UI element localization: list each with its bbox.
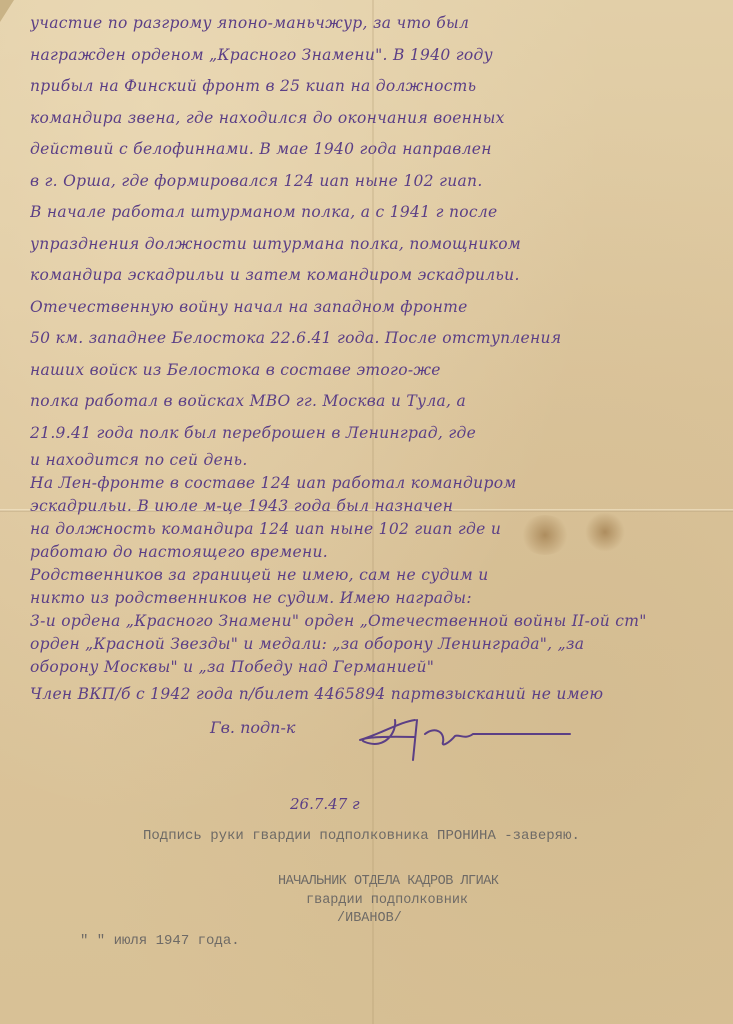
handwritten-line: наших войск из Белостока в составе этого…: [30, 355, 713, 387]
handwritten-line: работаю до настоящего времени.: [30, 541, 713, 564]
handwritten-line: действий с белофиннами. В мае 1940 года …: [30, 134, 713, 166]
handwritten-line: эскадрильи. В июле м-це 1943 года был на…: [30, 495, 713, 518]
handwritten-line: награжден орденом „Красного Знамени". В …: [30, 40, 713, 72]
handwritten-line: Член ВКП/б с 1942 года п/билет 4465894 п…: [30, 679, 713, 711]
handwritten-line: 21.9.41 года полк был переброшен в Ленин…: [30, 418, 713, 450]
chief-rank: гвардии подполковник: [306, 893, 468, 908]
handwritten-line: 50 км. западнее Белостока 22.6.41 года. …: [30, 323, 713, 355]
handwritten-line: Родственников за границей не имею, сам н…: [30, 564, 713, 587]
handwritten-line: на должность командира 124 иап ныне 102 …: [30, 518, 713, 541]
torn-corner: [0, 0, 14, 22]
handwritten-line: командира звена, где находился до оконча…: [30, 103, 713, 135]
chief-name: /ИВАНОВ/: [337, 911, 402, 926]
certification-text: Подпись руки гвардии подполковника ПРОНИ…: [143, 828, 580, 844]
handwritten-line: упразднения должности штурмана полка, по…: [30, 229, 713, 261]
handwritten-line: В начале работал штурманом полка, а с 19…: [30, 197, 713, 229]
handwritten-line: командира эскадрильи и затем командиром …: [30, 260, 713, 292]
document-page: участие по разгрому японо-маньчжур, за ч…: [0, 0, 733, 1024]
handwritten-line: в г. Орша, где формировался 124 иап ныне…: [30, 166, 713, 198]
handwritten-line: оборону Москвы" и „за Победу над Германи…: [30, 656, 713, 679]
handwritten-date: 26.7.47 г: [290, 795, 360, 813]
handwritten-line: участие по разгрому японо-маньчжур, за ч…: [30, 8, 713, 40]
handwritten-line: прибыл на Финский фронт в 25 киап на дол…: [30, 71, 713, 103]
chief-title: НАЧАЛЬНИК ОТДЕЛА КАДРОВ ЛГИАК: [278, 874, 498, 889]
handwritten-line: Отечественную войну начал на западном фр…: [30, 292, 713, 324]
signatory-rank: Гв. подп-к: [210, 718, 295, 737]
handwritten-line: полка работал в войсках МВО гг. Москва и…: [30, 386, 713, 418]
handwritten-line: 3-и ордена „Красного Знамени" орден „Оте…: [30, 610, 713, 633]
handwritten-line: орден „Красной Звезды" и медали: „за обо…: [30, 633, 713, 656]
signature-icon: [355, 712, 575, 762]
typed-date-line: " " июля 1947 года.: [80, 933, 240, 949]
handwritten-line: никто из родственников не судим. Имею на…: [30, 587, 713, 610]
handwritten-line: На Лен-фронте в составе 124 иап работал …: [30, 472, 713, 495]
handwritten-line: и находится по сей день.: [30, 449, 713, 472]
handwritten-body: участие по разгрому японо-маньчжур, за ч…: [30, 8, 713, 711]
